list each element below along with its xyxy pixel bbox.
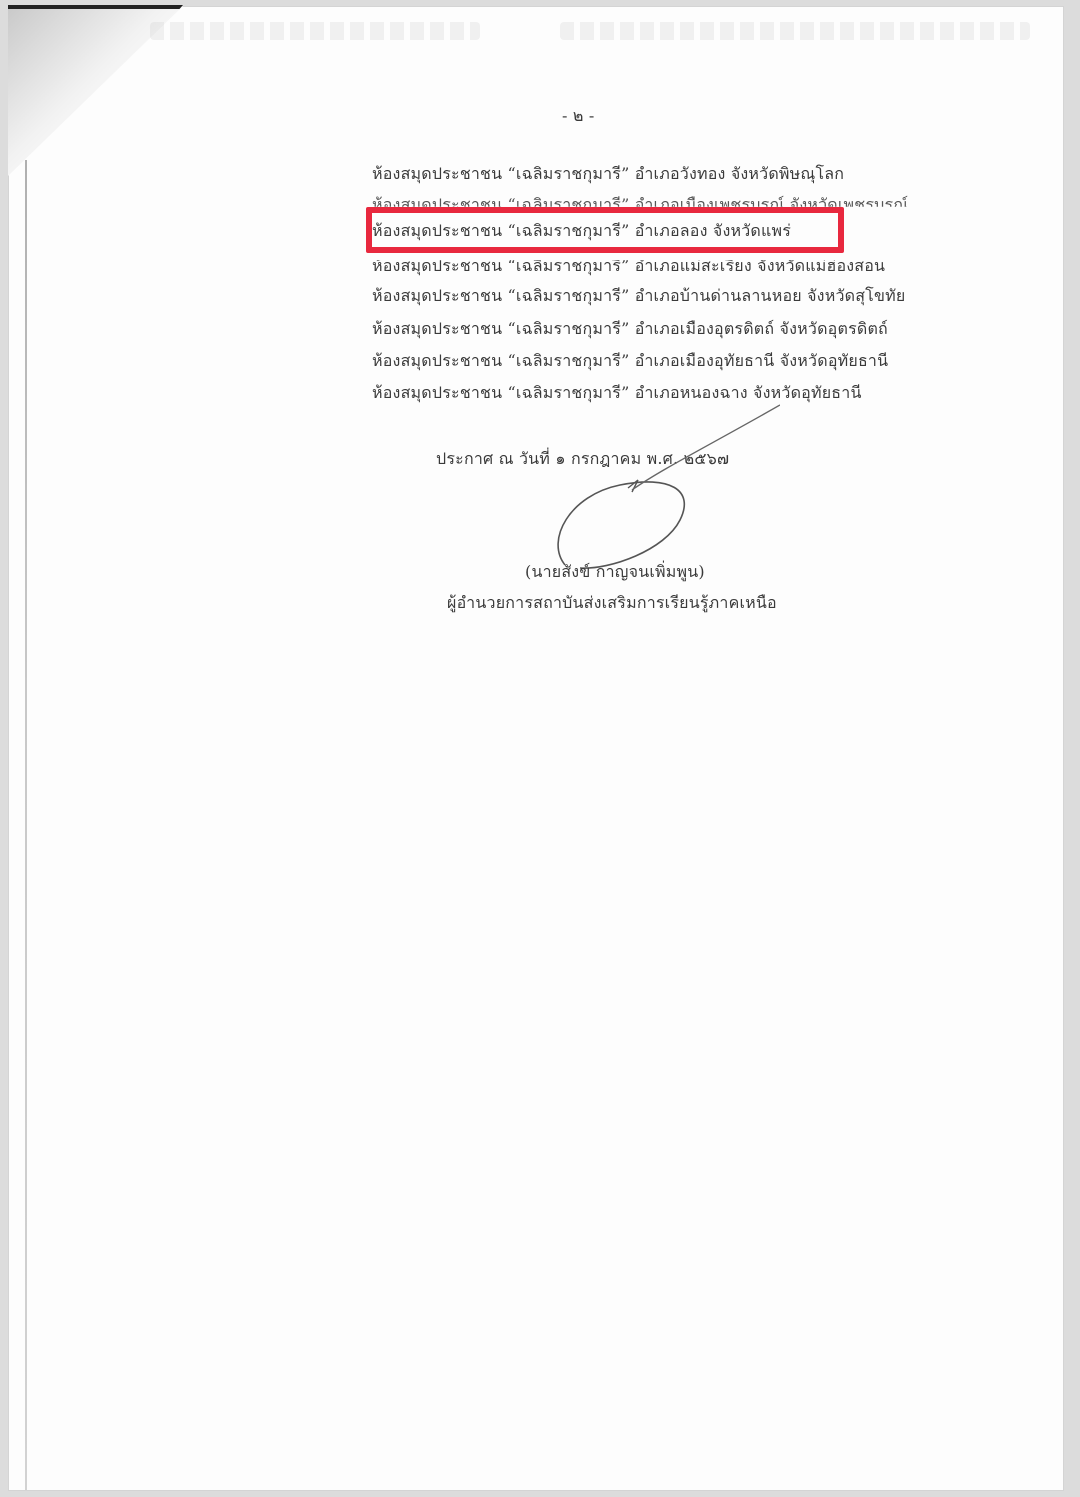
library-list-item: ห้องสมุดประชาชน “เฉลิมราชกุมารี” อำเภอบ้… bbox=[372, 284, 905, 309]
library-list-item: ห้องสมุดประชาชน “เฉลิมราชกุมารี” อำเภอเม… bbox=[372, 317, 888, 342]
red-highlight-box bbox=[366, 207, 844, 253]
bleed-through-text bbox=[560, 22, 1030, 40]
signature-mark bbox=[540, 400, 780, 580]
library-list-item: ห้องสมุดประชาชน “เฉลิมราชกุมารี” อำเภอเม… bbox=[372, 349, 888, 374]
page-edge-shadow bbox=[25, 160, 27, 1490]
signatory-name: (นายสังข์ กาญจนเพิ่มพูน) bbox=[525, 560, 705, 585]
bleed-through-text bbox=[150, 22, 480, 40]
page-number: - ๒ - bbox=[562, 104, 595, 129]
signatory-title: ผู้อำนวยการสถาบันส่งเสริมการเรียนรู้ภาคเ… bbox=[447, 591, 777, 616]
library-list-item: ห้องสมุดประชาชน “เฉลิมราชกุมารี” อำเภอวั… bbox=[372, 162, 844, 187]
folded-corner-edge bbox=[8, 5, 183, 9]
